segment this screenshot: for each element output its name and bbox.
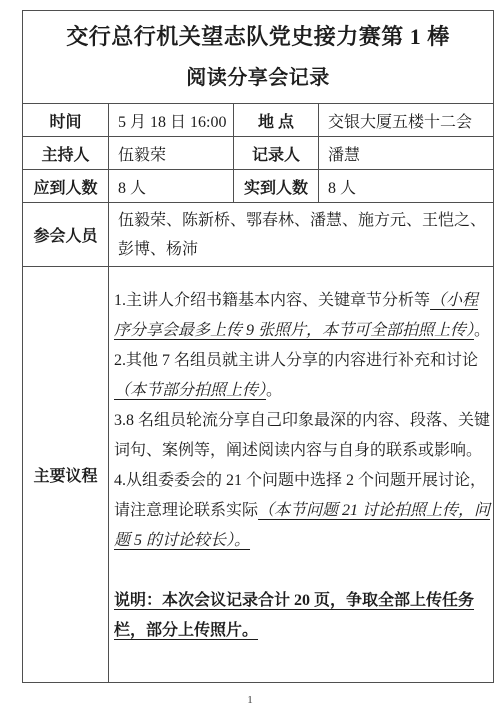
host-label: 主持人	[23, 137, 109, 170]
actual-count-value: 8 人	[319, 170, 494, 203]
participants-row: 参会人员 伍毅荣、陈新桥、鄂春林、潘慧、施方元、王恺之、彭博、杨沛	[23, 203, 494, 267]
title-row: 交行总行机关望志队党史接力赛第 1 棒 阅读分享会记录	[23, 11, 494, 104]
agenda-item-1: 1.主讲人介绍书籍基本内容、关键章节分析等（小程序分享会最多上传 9 张照片，本…	[114, 286, 491, 346]
doc-title-line1: 交行总行机关望志队党史接力赛第 1 棒	[23, 26, 493, 48]
place-label: 地 点	[234, 104, 319, 137]
agenda-item-2-suffix: 。	[266, 382, 282, 399]
agenda-item-1-suffix: 。	[474, 322, 490, 339]
title-cell: 交行总行机关望志队党史接力赛第 1 棒 阅读分享会记录	[23, 11, 494, 104]
agenda-label: 主要议程	[23, 267, 109, 683]
agenda-item-3-text: 3.8 名组员轮流分享自己印象最深的内容、段落、关键词句、案例等，阐述阅读内容与…	[114, 412, 490, 459]
participants-label: 参会人员	[23, 203, 109, 267]
agenda-item-1-text: 1.主讲人介绍书籍基本内容、关键章节分析等	[114, 292, 430, 309]
attendance-row: 应到人数 8 人 实到人数 8 人	[23, 170, 494, 203]
doc-title-line2: 阅读分享会记录	[23, 68, 493, 88]
agenda-item-2: 2.其他 7 名组员就主讲人分享的内容进行补充和讨论（本节部分拍照上传）。	[114, 346, 491, 406]
time-label: 时间	[23, 104, 109, 137]
expected-count-label: 应到人数	[23, 170, 109, 203]
participants-value: 伍毅荣、陈新桥、鄂春林、潘慧、施方元、王恺之、彭博、杨沛	[109, 203, 494, 267]
agenda-item-4: 4.从组委委会的 21 个问题中选择 2 个问题开展讨论，请注意理论联系实际（本…	[114, 466, 491, 556]
time-value: 5 月 18 日 16:00	[109, 104, 234, 137]
document-page: 交行总行机关望志队党史接力赛第 1 棒 阅读分享会记录 时间 5 月 18 日 …	[0, 0, 500, 713]
host-value: 伍毅荣	[109, 137, 234, 170]
meeting-record-table: 交行总行机关望志队党史接力赛第 1 棒 阅读分享会记录 时间 5 月 18 日 …	[22, 10, 494, 683]
agenda-row: 主要议程 1.主讲人介绍书籍基本内容、关键章节分析等（小程序分享会最多上传 9 …	[23, 267, 494, 683]
recorder-value: 潘慧	[319, 137, 494, 170]
expected-count-value: 8 人	[109, 170, 234, 203]
actual-count-label: 实到人数	[234, 170, 319, 203]
time-place-row: 时间 5 月 18 日 16:00 地 点 交银大厦五楼十二会	[23, 104, 494, 137]
host-recorder-row: 主持人 伍毅荣 记录人 潘慧	[23, 137, 494, 170]
recorder-label: 记录人	[234, 137, 319, 170]
agenda-content: 1.主讲人介绍书籍基本内容、关键章节分析等（小程序分享会最多上传 9 张照片，本…	[109, 267, 494, 683]
page-number: 1	[0, 694, 500, 706]
agenda-item-2-text: 2.其他 7 名组员就主讲人分享的内容进行补充和讨论	[114, 352, 478, 369]
agenda-item-3: 3.8 名组员轮流分享自己印象最深的内容、段落、关键词句、案例等，阐述阅读内容与…	[114, 406, 491, 466]
meeting-remark: 说明：本次会议记录合计 20 页，争取全部上传任务栏，部分上传照片。	[114, 586, 491, 646]
place-value: 交银大厦五楼十二会	[319, 104, 494, 137]
agenda-item-2-note: （本节部分拍照上传）	[114, 382, 266, 399]
